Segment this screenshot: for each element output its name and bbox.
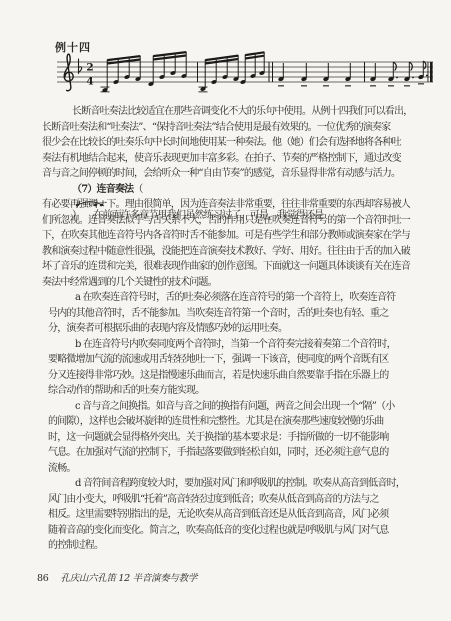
text-line: 音与音之间停顿的时间，会给听众一种“自由节奏”的感觉，音乐显得非常有动感与活力。 xyxy=(42,166,414,182)
book-title: 孔庆山六孔笛 12 半音演奏与教学 xyxy=(61,573,198,584)
time-signature-bottom: 4 xyxy=(86,76,93,88)
text-line: 流畅。 xyxy=(48,461,414,477)
text-line: a 在吹奏连音符号时，舌的吐奏必须落在连音符号的第一个音符上，吹奏连音符 xyxy=(48,290,414,306)
paragraph-2: （7）连音奏法（）在前面许多章节里我们虽然练习过了，可是，我觉得还是 有必要再强… xyxy=(42,182,414,291)
text-line: c 音与音之间换指。如音与音之间的换指有问题，两音之间会出现一个“隔”（小 xyxy=(48,399,414,415)
text-line: 号内的其他音符时，舌不能参加。当吹奏连音符第一个音时，舌的吐奏也有轻、重之 xyxy=(48,306,414,322)
text-line: d 音符间音程跨度较大时，要加强对风门和呼吸肌的控制。吹奏从高音到低音时， xyxy=(48,476,414,492)
section-d: d 音符间音程跨度较大时，要加强对风门和呼吸肌的控制。吹奏从高音到低音时， 风门… xyxy=(48,476,414,554)
paren-open: （ xyxy=(133,184,142,195)
text-line-with-notation: （7）连音奏法（）在前面许多章节里我们虽然练习过了，可是，我觉得还是 xyxy=(42,182,414,198)
time-signature: 2 4 xyxy=(86,62,93,88)
text-line: 教和演奏过程中随意性很强，没能把连音演奏技术教好、学好、用好。往往由于舌的加入破 xyxy=(42,244,414,260)
section-b: b 在连音符号内吹奏同度两个音符时，当第一个音符奏完接着奏第二个音符时， 要略微… xyxy=(48,337,414,399)
treble-clef-icon xyxy=(64,54,73,91)
page-number: 86 xyxy=(37,573,49,584)
text-line: 风门由小变大，呼吸肌“托着”高音轻轻过度到低音；吹奏从低音到高音的方法与之 xyxy=(48,492,414,508)
text-line: 综合动作的帮助和舌的吐奏方能实现。 xyxy=(48,383,414,399)
text-line: 奏法有机地结合起来，使音乐表现更加丰富多彩。在拍子、节奏的严格控制下，通过改变 xyxy=(42,151,414,167)
text-line: 很少会在比较长的吐奏乐句中长时间地使用某一种奏法。他（她）们会有选择地将各种吐 xyxy=(42,135,414,151)
text-line: 长断音吐奏法和“吐奏法”、“保持音吐奏法”结合使用是最有效果的。一位优秀的演奏家 xyxy=(42,120,414,136)
time-signature-top: 2 xyxy=(86,62,93,74)
page-footer: 86孔庆山六孔笛 12 半音演奏与教学 xyxy=(37,570,197,584)
text-line: 气息。在加强对气流的控制下，手指起落要做到轻松自如，同时，还必须注意气息的 xyxy=(48,445,414,461)
body-text: 长断音吐奏法比较适宜在那些音调变化不大的乐句中使用。从例十四我们可以看出， 长断… xyxy=(42,104,414,554)
text-line: b 在连音符号内吹奏同度两个音符时，当第一个音符奏完接着奏第二个音符时， xyxy=(48,337,414,353)
item-7-title: （7）连音奏法 xyxy=(72,184,133,195)
text-line: 长断音吐奏法比较适宜在那些音调变化不大的乐句中使用。从例十四我们可以看出， xyxy=(42,104,414,120)
text-line: 分，演奏者可根据乐曲的表现内容及情感巧妙的运用吐奏。 xyxy=(48,321,414,337)
text-line: 要略微增加气流的流速或用舌轻轻地吐一下，强调一下该音，使同度的两个音既有区 xyxy=(48,352,414,368)
flat-sign-icon xyxy=(79,59,82,74)
section-c: c 音与音之间换指。如音与音之间的换指有问题，两音之间会出现一个“隔”（小 的间… xyxy=(48,399,414,477)
music-staff: 2 4 xyxy=(57,46,434,104)
text-line: 相反。这里需要特别指出的是，无论吹奏从高音到低音还是从低音到高音，风门必须 xyxy=(48,507,414,523)
text-line: 时，这一问题就会显得格外突出。关于换指的基本要求是：手指所做的一切不能影响 xyxy=(48,430,414,446)
text-line: 有必要再强调一下。理由很简单，因为连音奏法非常重要，往往非常重要的东西却容易被人 xyxy=(42,197,414,213)
scanned-book-page: 例十四 2 4 xyxy=(0,0,451,621)
text-line: 们所忽视。连音奏法似乎与舌关系不大，舌的作用只是在吹奏连音符号的第一个音符时吐一 xyxy=(42,213,414,229)
text-line: 分又连接得非常巧妙。这是指慢速乐曲而言，若是快速乐曲自然要靠手指在乐器上的 xyxy=(48,368,414,384)
music-staff-svg: 2 4 xyxy=(57,46,434,104)
paragraph-1: 长断音吐奏法比较适宜在那些音调变化不大的乐句中使用。从例十四我们可以看出， 长断… xyxy=(42,104,414,182)
text-line: 奏法中经常遇到的几个关键性的技术问题。 xyxy=(42,275,414,291)
text-line: 随着音高的变化而变化。简言之，吹奏高低音的变化过程也就是呼吸肌与风门对气息 xyxy=(48,523,414,539)
text-line: 的间隙），这样也会破坏旋律的连贯性和完整性。尤其是在演奏那些速度较慢的乐曲 xyxy=(48,414,414,430)
text-line: 下，在吹奏其他连音符号内各音符时舌不能参加。可是有些学生和部分教师或演奏家在学与 xyxy=(42,228,414,244)
text-line: 坏了音乐的连贯和完美，很难表现作曲家的创作意图。下面就这一问题具体谈谈有关在连音 xyxy=(42,259,414,275)
text-line: 的控制过程。 xyxy=(48,538,414,554)
section-a: a 在吹奏连音符号时，舌的吐奏必须落在连音符号的第一个音符上，吹奏连音符 号内的… xyxy=(48,290,414,337)
